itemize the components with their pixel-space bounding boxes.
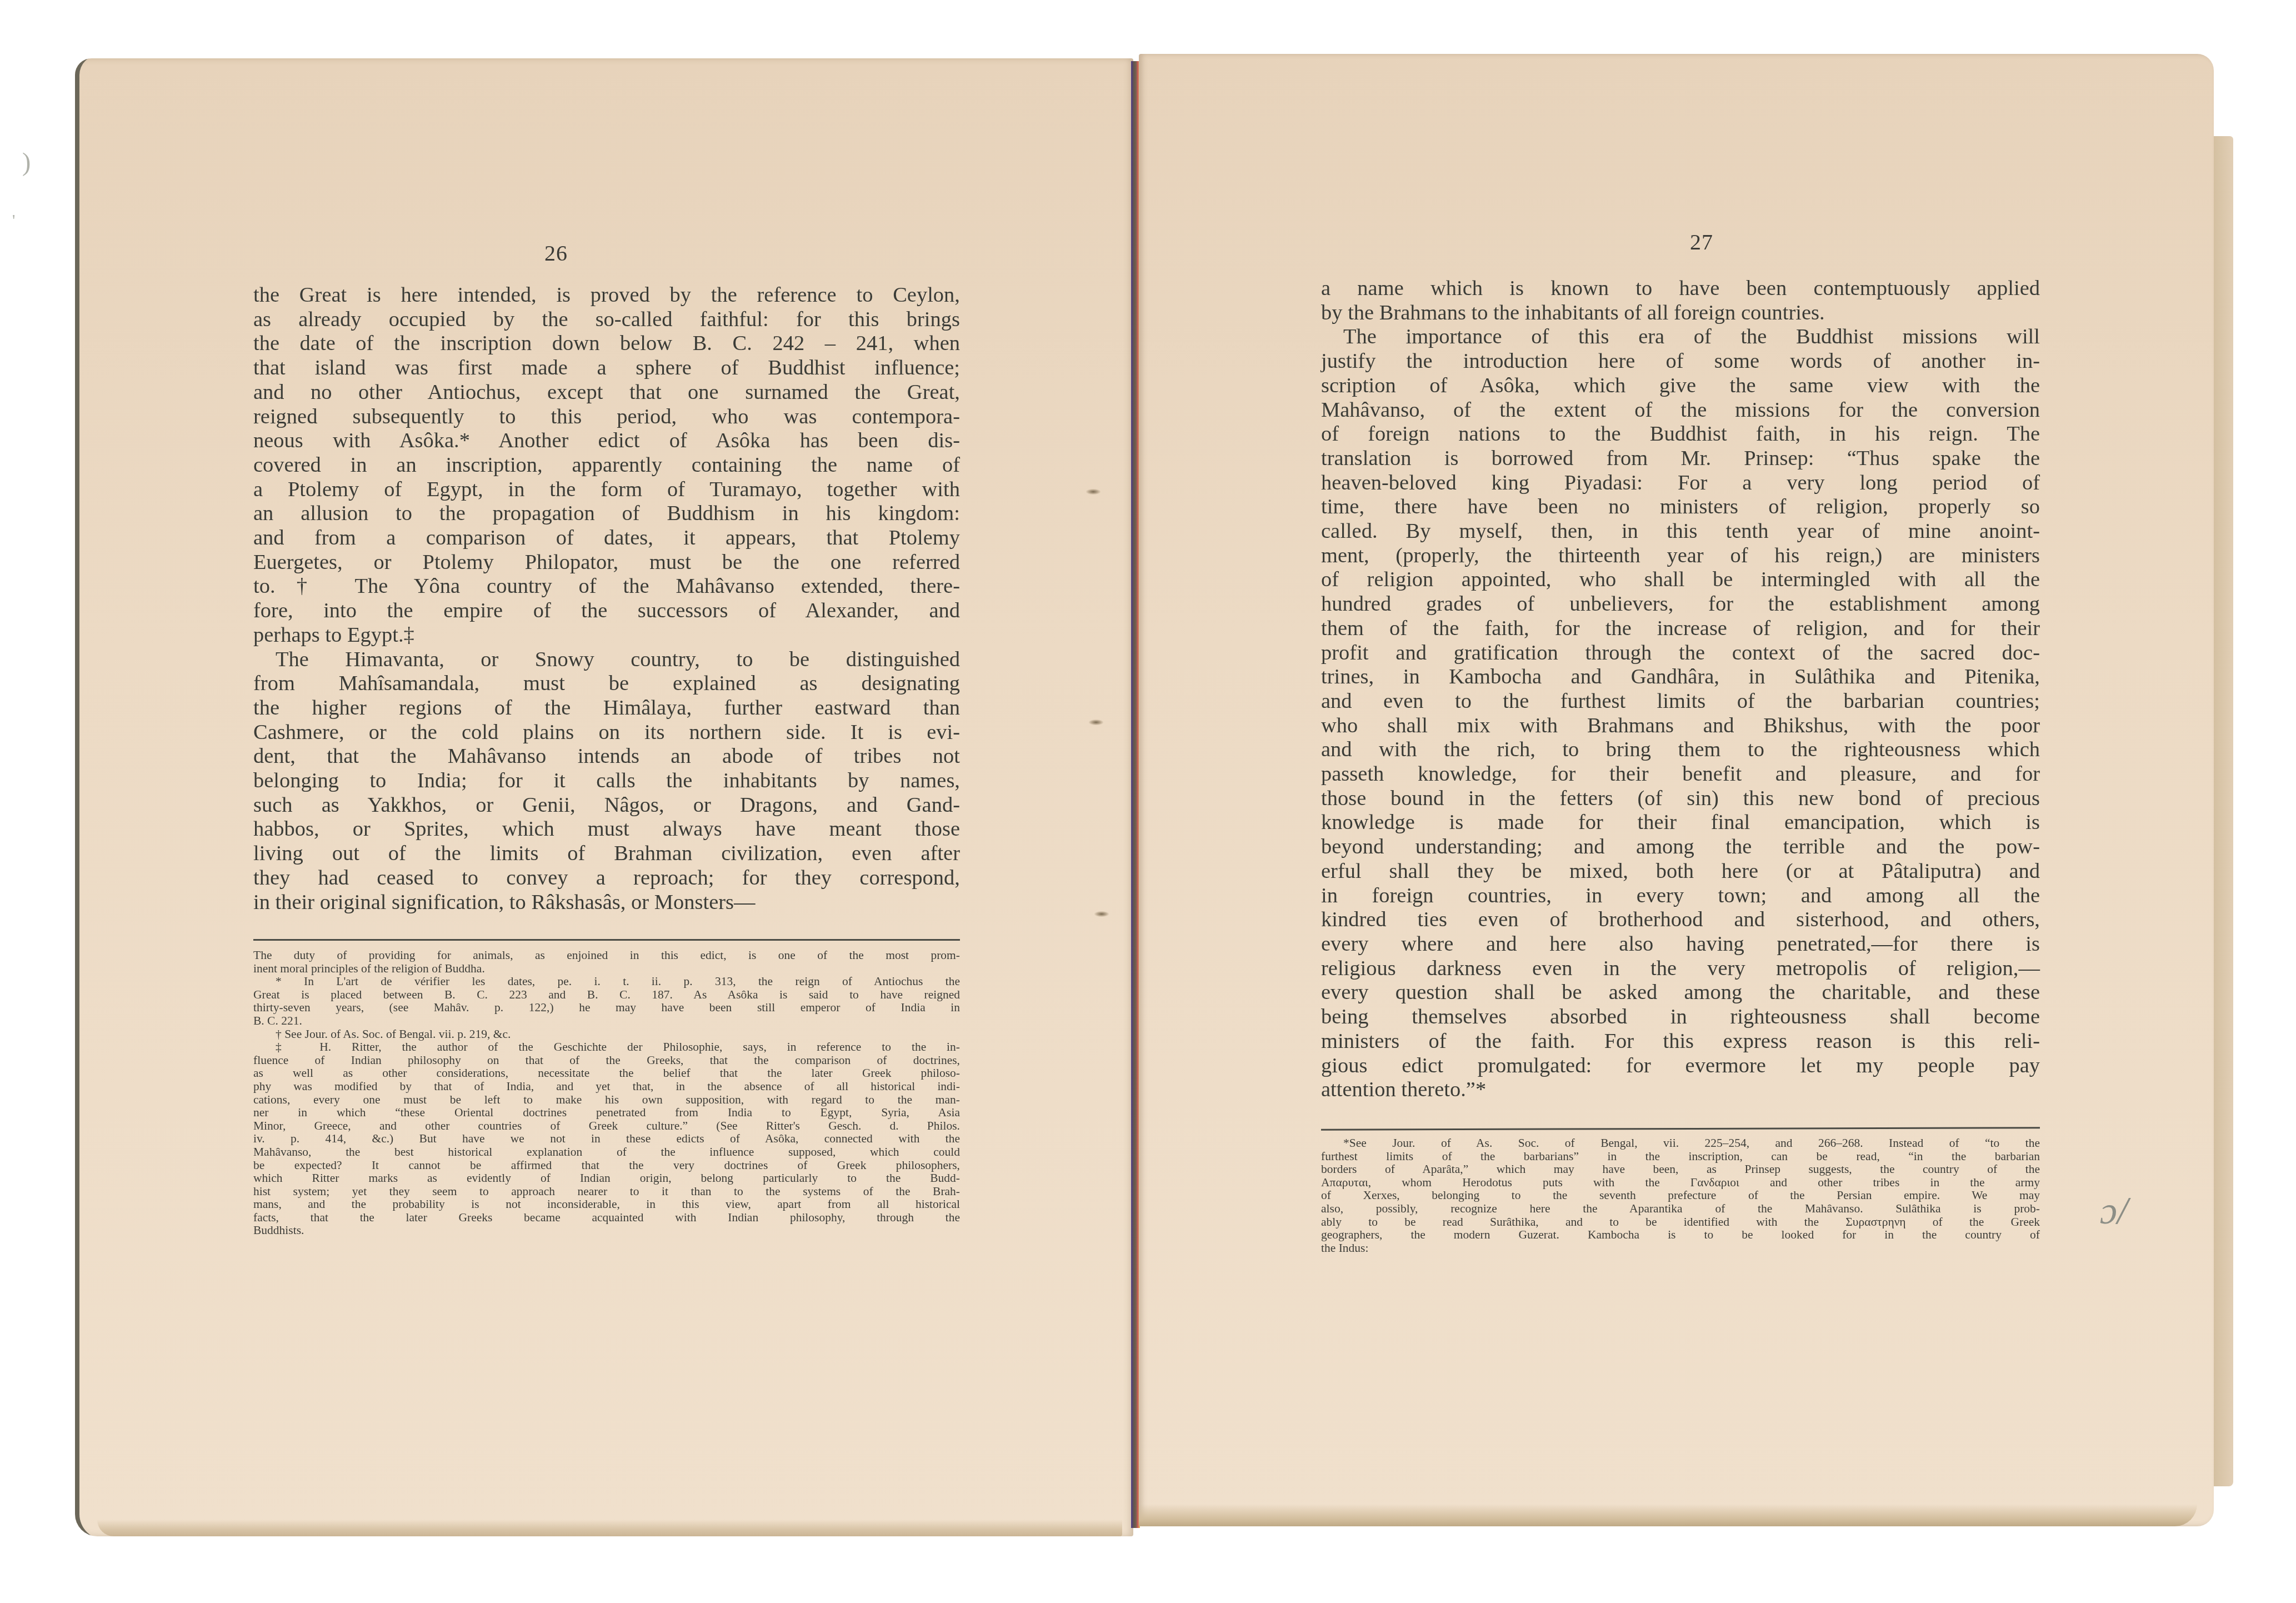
text-line: time, there have been no ministers of re… (1321, 495, 2040, 520)
text-line: who shall mix with Brahmans and Bhikshus… (1321, 714, 2040, 738)
text-line: religious darkness even in the very metr… (1321, 957, 2040, 981)
text-line: ment, (properly, the thirteenth year of … (1321, 544, 2040, 568)
page-number-left: 26 (544, 240, 568, 266)
text-line: *See Jour. of As. Soc. of Bengal, vii. 2… (1321, 1137, 2040, 1150)
left-page-footnotes: The duty of providing for animals, as en… (253, 949, 960, 1237)
text-line: that island was first made a sphere of B… (253, 356, 960, 381)
text-line: justify the introduction here of some wo… (1321, 349, 2040, 374)
footnote-rule-left (253, 939, 960, 941)
text-line: dent, that the Mahâvanso intends an abod… (253, 745, 960, 769)
text-line: of Xerxes, belonging to the seventh pref… (1321, 1189, 2040, 1202)
text-line: Cashmere, or the cold plains on its nort… (253, 721, 960, 745)
text-line: being themselves absorbed in righteousne… (1321, 1005, 2040, 1030)
text-line: profit and gratification through the con… (1321, 641, 2040, 666)
text-line: covered in an inscription, apparently co… (253, 453, 960, 478)
text-line: Απαρυται, whom Herodotus puts with the Γ… (1321, 1176, 2040, 1190)
text-line: be expected? It cannot be affirmed that … (253, 1159, 960, 1172)
text-line: a Ptolemy of Egypt, in the form of Turam… (253, 478, 960, 502)
text-line: and with the rich, to bring them to the … (1321, 738, 2040, 762)
text-line: the Great is here intended, is proved by… (253, 283, 960, 308)
text-line: the Indus: (1321, 1242, 2040, 1255)
text-line: The duty of providing for animals, as en… (253, 949, 960, 962)
right-page-body-text: a name which is known to have been conte… (1321, 277, 2040, 1102)
text-line: translation is borrowed from Mr. Prinsep… (1321, 447, 2040, 471)
text-line: knowledge is made for their final emanci… (1321, 811, 2040, 835)
page-number-right: 27 (1690, 229, 1713, 255)
text-line: they had ceased to convey a reproach; fo… (253, 866, 960, 891)
text-line: erful shall they be mixed, both here (or… (1321, 860, 2040, 884)
text-line: passeth knowledge, for their benefit and… (1321, 762, 2040, 787)
text-line: phy was modified by that of India, and y… (253, 1080, 960, 1093)
text-line: inent moral principles of the religion o… (253, 962, 960, 976)
text-line: those bound in the fetters (of sin) this… (1321, 787, 2040, 811)
text-line: The Himavanta, or Snowy country, to be d… (253, 648, 960, 672)
text-line: Mahâvanso, the best historical explanati… (253, 1146, 960, 1159)
text-line: ‡ H. Ritter, the author of the Geschicht… (253, 1041, 960, 1054)
text-line: living out of the limits of Brahman civi… (253, 842, 960, 866)
text-line: thirty-seven years, (see Mahâv. p. 122,)… (253, 1001, 960, 1015)
text-line: Buddhists. (253, 1224, 960, 1237)
text-line: Mahâvanso, of the extent of the missions… (1321, 398, 2040, 423)
text-line: Great is placed between B. C. 223 and B.… (253, 988, 960, 1002)
text-line: † See Jour. of As. Soc. of Bengal. vii. … (253, 1028, 960, 1041)
text-line: a name which is known to have been conte… (1321, 277, 2040, 301)
text-line: heaven-beloved king Piyadasi: For a very… (1321, 471, 2040, 496)
text-line: an allusion to the propagation of Buddhi… (253, 502, 960, 526)
text-line: cations, every one must be left to make … (253, 1093, 960, 1107)
text-line: scription of Asôka, which give the same … (1321, 374, 2040, 398)
text-line: ministers of the faith. For this express… (1321, 1030, 2040, 1054)
scan-debris-mark: ' (12, 211, 15, 230)
text-line: and no other Antiochus, except that one … (253, 381, 960, 405)
text-line: Euergetes, or Ptolemy Philopator, must b… (253, 551, 960, 575)
text-line: ner in which “these Oriental doctrines p… (253, 1106, 960, 1120)
text-line: iv. p. 414, &c.) But have we not in thes… (253, 1132, 960, 1146)
text-line: B. C. 221. (253, 1015, 960, 1028)
right-page-footnotes: *See Jour. of As. Soc. of Bengal, vii. 2… (1321, 1137, 2040, 1255)
text-line: every question shall be asked among the … (1321, 981, 2040, 1005)
text-line: by the Brahmans to the inhabitants of al… (1321, 301, 2040, 326)
text-line: kindred ties even of brotherhood and sis… (1321, 908, 2040, 932)
text-line: geographers, the modern Guzerat. Kamboch… (1321, 1229, 2040, 1242)
text-line: beyond understanding; and among the terr… (1321, 835, 2040, 860)
text-line: also, possibly, recognize here the Apara… (1321, 1202, 2040, 1216)
text-line: mans, and the probability is not inconsi… (253, 1198, 960, 1211)
text-line: attention thereto.”* (1321, 1078, 2040, 1102)
text-line: them of the faith, for the increase of r… (1321, 617, 2040, 641)
text-line: as well as other considerations, necessi… (253, 1067, 960, 1080)
text-line: in their original signification, to Râks… (253, 891, 960, 915)
text-line: gious edict promulgated: for evermore le… (1321, 1054, 2040, 1078)
text-line: and from a comparison of dates, it appea… (253, 526, 960, 551)
text-line: called. By myself, then, in this tenth y… (1321, 520, 2040, 544)
text-line: in foreign countries, in every town; and… (1321, 884, 2040, 908)
text-line: hist system; yet they seem to approach n… (253, 1185, 960, 1198)
text-line: as already occupied by the so-called fai… (253, 308, 960, 332)
text-line: from Mahîsamandala, must be explained as… (253, 672, 960, 696)
pencil-marginalia: ɔ/ (2100, 1189, 2128, 1234)
text-line: fluence of Indian philosophy on that of … (253, 1054, 960, 1067)
text-line: habbos, or Sprites, which must always ha… (253, 817, 960, 842)
text-line: perhaps to Egypt.‡ (253, 623, 960, 648)
text-line: reigned subsequently to this period, who… (253, 405, 960, 430)
text-line: of religion appointed, who shall be inte… (1321, 568, 2040, 592)
text-line: trines, in Kambocha and Gandhâra, in Sul… (1321, 665, 2040, 690)
stitch-hole (1086, 489, 1101, 495)
text-line: borders of Aparâta,” which may have been… (1321, 1163, 2040, 1176)
text-line: hundred grades of unbelievers, for the e… (1321, 592, 2040, 617)
text-line: the date of the inscription down below B… (253, 332, 960, 356)
text-line: and even to the furthest limits of the b… (1321, 690, 2040, 714)
text-line: fore, into the empire of the successors … (253, 599, 960, 623)
scan-debris-mark: ) (22, 147, 31, 177)
text-line: furthest limits of the barbarians” in th… (1321, 1150, 2040, 1163)
stitch-hole (1094, 911, 1109, 917)
text-line: facts, that the later Greeks became acqu… (253, 1211, 960, 1225)
text-line: every where and here also having penetra… (1321, 932, 2040, 957)
text-line: Minor, Greece, and other countries of Gr… (253, 1120, 960, 1133)
text-line: * In L'art de vérifier les dates, pe. i.… (253, 975, 960, 988)
text-line: which Ritter marks as evidently of India… (253, 1172, 960, 1185)
text-line: belonging to India; for it calls the inh… (253, 769, 960, 793)
page-stack-edge (2214, 136, 2233, 1486)
text-line: such as Yakkhos, or Genii, Nâgos, or Dra… (253, 793, 960, 818)
stitch-hole (1089, 720, 1103, 725)
text-line: the higher regions of the Himâlaya, furt… (253, 696, 960, 721)
text-line: ably to be read Surâthika, and to be ide… (1321, 1216, 2040, 1229)
text-line: of foreign nations to the Buddhist faith… (1321, 422, 2040, 447)
text-line: neous with Asôka.* Another edict of Asôk… (253, 429, 960, 453)
text-line: to.† The Yôna country of the Mahâvanso e… (253, 575, 960, 599)
text-line: The importance of this era of the Buddhi… (1321, 325, 2040, 349)
left-page-body-text: the Great is here intended, is proved by… (253, 283, 960, 915)
